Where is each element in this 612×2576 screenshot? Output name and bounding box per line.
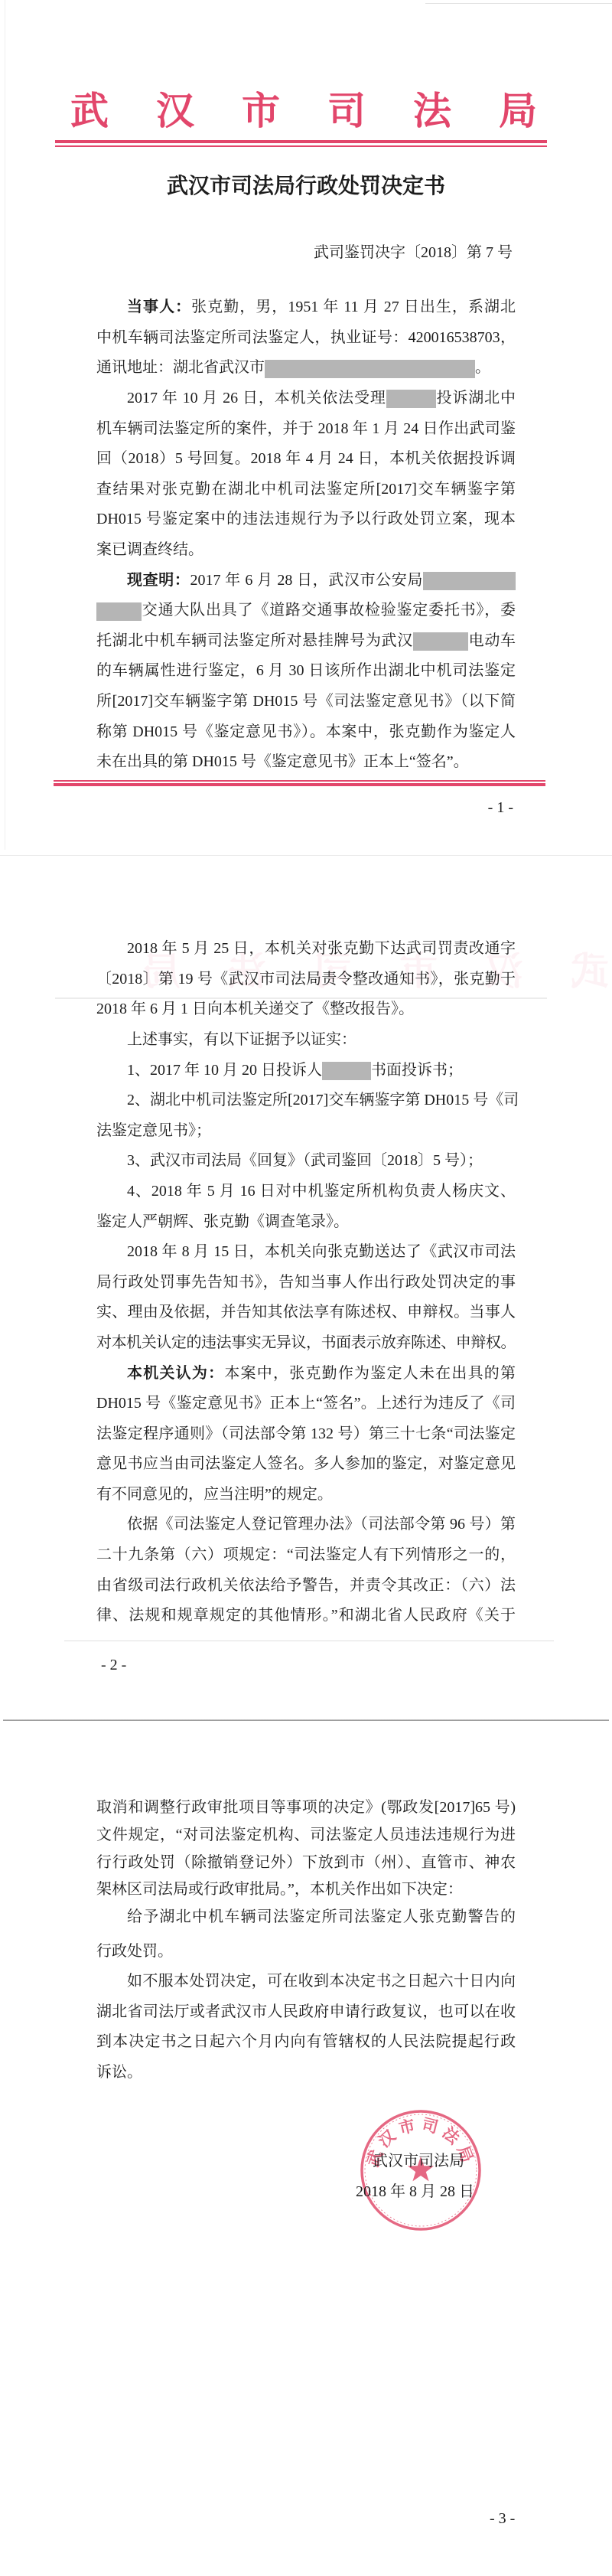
line-text: 行政处罚。 bbox=[96, 1943, 173, 1960]
line-text: 通讯地址：湖北省武汉市 bbox=[96, 359, 265, 376]
findings-label: 现查明： bbox=[127, 572, 190, 589]
line-text: 对本机关认定的违法事实无异议，书面表示放弃陈述、申辩权。 bbox=[96, 1334, 516, 1351]
line-text: 2、湖北中机司法鉴定所[2017]交车辆鉴字第 DH015 号《司 bbox=[127, 1092, 519, 1108]
text-line: 本机关认为：本案中，张克勤作为鉴定人未在出具的第 bbox=[96, 1359, 516, 1389]
text-line: 架林区司法局或行政审批局。”，本机关作出如下决定： bbox=[96, 1876, 516, 1904]
text-line: 局行政处罚事先告知书》，告知当事人作出行政处罚决定的事 bbox=[96, 1268, 516, 1298]
text-line: 〔2018〕第 19 号《武汉市司法局责令整改通知书》，张克勤于 bbox=[96, 965, 516, 995]
text-line: 取消和调整行政审批项目等事项的决定》(鄂政发[2017]65 号) bbox=[96, 1794, 516, 1822]
footer-rule-thick bbox=[54, 783, 545, 786]
line-text: 鉴定人严朝辉、张克勤《调查笔录》。 bbox=[96, 1213, 349, 1230]
scan-edge-top bbox=[425, 3, 612, 4]
text-line: 托湖北中机车辆司法鉴定所对悬挂牌号为武汉电动车 bbox=[96, 626, 516, 657]
document-number: 武司鉴罚决字〔2018〕第 7 号 bbox=[314, 243, 513, 262]
line-text: 的车辆属性进行鉴定，6 月 30 日该所作出湖北中机司法鉴定 bbox=[96, 662, 516, 679]
evidence-item: 3、武汉市司法局《回复》（武司鉴回〔2018〕5 号）； bbox=[96, 1146, 516, 1177]
line-text: 诉讼。 bbox=[96, 2064, 142, 2081]
page-number: - 3 - bbox=[490, 2509, 515, 2528]
line-text: 湖北省司法厅或者武汉市人民政府申请行政复议，也可以在收 bbox=[96, 2003, 516, 2020]
line-text: 2017 年 6 月 28 日，武汉市公安局 bbox=[190, 572, 423, 589]
line-text: 2017 年 10 月 26 日，本机关依法受理 bbox=[127, 390, 386, 406]
line-text: 所[2017]交车辆鉴字第 DH015 号《司法鉴定意见书》（以下简 bbox=[96, 693, 516, 710]
text-line: 的车辆属性进行鉴定，6 月 30 日该所作出湖北中机司法鉴定 bbox=[96, 656, 516, 687]
evidence-item: 4、2018 年 5 月 16 日对中机鉴定所机构负责人杨庆文、 bbox=[96, 1177, 516, 1207]
text-line: 2018 年 8 月 15 日，本机关向张克勤送达了《武汉市司法 bbox=[96, 1237, 516, 1268]
line-text: 书面投诉书； bbox=[371, 1062, 463, 1079]
line-text: 称第 DH015 号《鉴定意见书》）。本案中，张克勤作为鉴定人 bbox=[96, 723, 516, 740]
text-line: 意见书应当由司法鉴定人签名。多人参加的鉴定，对鉴定意见 bbox=[96, 1449, 516, 1480]
line-text: 由省级司法行政机关依法给予警告，并责令其改正：（六）法 bbox=[96, 1577, 516, 1594]
line-text: 托湖北中机车辆司法鉴定所对悬挂牌号为武汉 bbox=[96, 632, 413, 649]
text-line: 查结果对张克勤在湖北中机司法鉴定所[2017]交车辆鉴字第 bbox=[96, 475, 516, 505]
text-line: 当事人：张克勤，男，1951 年 11 月 27 日出生，系湖北 bbox=[96, 292, 516, 323]
text-line: DH015 号鉴定案中的违法违规行为予以行政处罚立案，现本 bbox=[96, 504, 516, 535]
line-text: 机车辆司法鉴定所的案件，并于 2018 年 1 月 24 日作出武司鉴 bbox=[96, 420, 516, 437]
line-text: 1、2017 年 10 月 20 日投诉人 bbox=[127, 1062, 322, 1079]
letterhead-agency-name: 武汉市司法局 bbox=[70, 89, 584, 133]
line-text: 2018 年 5 月 25 日，本机关对张克勤下达武司罚责改通字 bbox=[127, 940, 516, 957]
text-line: 现查明：2017 年 6 月 28 日，武汉市公安局 bbox=[96, 566, 516, 596]
signature-date: 2018 年 8 月 28 日 bbox=[356, 2183, 474, 2201]
line-text: 投诉湖北中 bbox=[436, 390, 516, 406]
letterhead-rule-thin bbox=[55, 145, 547, 147]
text-line: 交通大队出具了《道路交通事故检验鉴定委托书》，委 bbox=[96, 596, 516, 626]
text-line: 2017 年 10 月 26 日，本机关依法受理投诉湖北中 bbox=[96, 384, 516, 414]
text-line: 二十九条第（六）项规定：“司法鉴定人有下列情形之一的， bbox=[96, 1540, 516, 1571]
document-title: 武汉市司法局行政处罚决定书 bbox=[0, 175, 612, 199]
line-text: 律、法规和规章规定的其他情形。”和湖北省人民政府《关于 bbox=[96, 1607, 516, 1624]
page-number: - 1 - bbox=[488, 798, 513, 817]
line-text: DH015 号《鉴定意见书》正本上“签名”。上述行为违反了《司 bbox=[96, 1395, 516, 1412]
text-line: 中机车辆司法鉴定所司法鉴定人，执业证号：420016538703， bbox=[96, 323, 516, 354]
party-label: 当事人： bbox=[127, 299, 191, 315]
line-text: 有不同意见的，应当注明”的规定。 bbox=[96, 1486, 333, 1503]
line-text: 2018 年 6 月 1 日向本机关递交了《整改报告》。 bbox=[96, 1001, 414, 1017]
official-seal-icon: 武汉市司法局 bbox=[358, 2107, 483, 2233]
text-line: 通讯地址：湖北省武汉市。 bbox=[96, 353, 516, 384]
page-number: - 2 - bbox=[101, 1656, 126, 1674]
text-line: 回（2018）5 号回复。2018 年 4 月 24 日，本机关依据投诉调 bbox=[96, 444, 516, 475]
line-text: 中机车辆司法鉴定所司法鉴定人，执业证号：420016538703， bbox=[96, 329, 516, 346]
line-text: DH015 号鉴定案中的违法违规行为予以行政处罚立案，现本 bbox=[96, 511, 516, 527]
page-3-body: 取消和调整行政审批项目等事项的决定》(鄂政发[2017]65 号) 文件规定，“… bbox=[96, 1794, 516, 2088]
line-text: 二十九条第（六）项规定：“司法鉴定人有下列情形之一的， bbox=[96, 1546, 516, 1563]
text-line: 文件规定，“对司法鉴定机构、司法鉴定人员违法违规行为进 bbox=[96, 1822, 516, 1850]
line-text: 到本决定书之日起六个月内向有管辖权的人民法院提起行政 bbox=[96, 2033, 516, 2050]
page-2-body: 2018 年 5 月 25 日，本机关对张克勤下达武司罚责改通字 〔2018〕第… bbox=[96, 934, 516, 1631]
text-line: 法鉴定意见书》； bbox=[96, 1116, 516, 1147]
line-text: 法鉴定程序通则》（司法部令第 132 号）第三十七条“司法鉴定 bbox=[96, 1425, 516, 1442]
redaction-box bbox=[423, 572, 516, 590]
text-line: 如不服本处罚决定，可在收到本决定书之日起六十日内向 bbox=[96, 1967, 516, 1997]
text-line: 2018 年 6 月 1 日向本机关递交了《整改报告》。 bbox=[96, 994, 516, 1025]
text-line: DH015 号《鉴定意见书》正本上“签名”。上述行为违反了《司 bbox=[96, 1389, 516, 1419]
decision-line: 行政处罚。 bbox=[96, 1937, 516, 1967]
line-text: 2018 年 8 月 15 日，本机关向张克勤送达了《武汉市司法 bbox=[127, 1243, 516, 1260]
line-text: 电动车 bbox=[468, 632, 516, 649]
evidence-item: 2、湖北中机司法鉴定所[2017]交车辆鉴字第 DH015 号《司 bbox=[96, 1086, 516, 1116]
text-line: 依据《司法鉴定人登记管理办法》（司法部令第 96 号）第 bbox=[96, 1510, 516, 1540]
text-line: 律、法规和规章规定的其他情形。”和湖北省人民政府《关于 bbox=[96, 1601, 516, 1631]
text-line: 称第 DH015 号《鉴定意见书》）。本案中，张克勤作为鉴定人 bbox=[96, 717, 516, 748]
line-text: 行行政处罚（除撤销登记外）下放到市（州）、直管市、神农 bbox=[96, 1854, 516, 1871]
text-line: 鉴定人严朝辉、张克勤《调查笔录》。 bbox=[96, 1207, 516, 1238]
text-line: 有不同意见的，应当注明”的规定。 bbox=[96, 1480, 516, 1510]
footer-line bbox=[64, 1641, 554, 1641]
line-text: 意见书应当由司法鉴定人签名。多人参加的鉴定，对鉴定意见 bbox=[96, 1455, 516, 1472]
line-text: 局行政处罚事先告知书》，告知当事人作出行政处罚决定的事 bbox=[96, 1274, 516, 1291]
redaction-box bbox=[413, 632, 468, 651]
line-text: 如不服本处罚决定，可在收到本决定书之日起六十日内向 bbox=[127, 1973, 516, 1990]
scan-edge-left bbox=[5, 0, 5, 850]
text-line: 法鉴定程序通则》（司法部令第 132 号）第三十七条“司法鉴定 bbox=[96, 1419, 516, 1450]
text-line: 实、理由及依据，并告知其依法享有陈述权、申辩权。当事人 bbox=[96, 1298, 516, 1328]
line-text: 。 bbox=[475, 359, 490, 376]
line-text: 实、理由及依据，并告知其依法享有陈述权、申辩权。当事人 bbox=[96, 1304, 516, 1321]
page-break bbox=[0, 855, 612, 856]
text-line: 到本决定书之日起六个月内向有管辖权的人民法院提起行政 bbox=[96, 2027, 516, 2058]
text-line: 对本机关认定的违法事实无异议，书面表示放弃陈述、申辩权。 bbox=[96, 1328, 516, 1359]
line-text: 张克勤，男，1951 年 11 月 27 日出生，系湖北 bbox=[191, 299, 516, 315]
text-line: 案已调查终结。 bbox=[96, 535, 516, 566]
line-text: 未在出具的第 DH015 号《鉴定意见书》正本上“签名”。 bbox=[96, 753, 469, 770]
text-line: 上述事实，有以下证据予以证实： bbox=[96, 1025, 516, 1056]
line-text: 回（2018）5 号回复。2018 年 4 月 24 日，本机关依据投诉调 bbox=[96, 450, 516, 467]
text-line: 由省级司法行政机关依法给予警告，并责令其改正：（六）法 bbox=[96, 1571, 516, 1601]
evidence-item: 1、2017 年 10 月 20 日投诉人书面投诉书； bbox=[96, 1056, 516, 1086]
line-text: 取消和调整行政审批项目等事项的决定》(鄂政发[2017]65 号) bbox=[96, 1799, 516, 1816]
text-line: 2018 年 5 月 25 日，本机关对张克勤下达武司罚责改通字 bbox=[96, 934, 516, 965]
text-line: 未在出具的第 DH015 号《鉴定意见书》正本上“签名”。 bbox=[96, 747, 516, 778]
line-text: 架林区司法局或行政审批局。”，本机关作出如下决定： bbox=[96, 1881, 463, 1898]
opinion-label: 本机关认为： bbox=[127, 1365, 224, 1382]
text-line: 行行政处罚（除撤销登记外）下放到市（州）、直管市、神农 bbox=[96, 1850, 516, 1877]
line-text: 案已调查终结。 bbox=[96, 541, 203, 558]
text-line: 湖北省司法厅或者武汉市人民政府申请行政复议，也可以在收 bbox=[96, 1997, 516, 2028]
signature-agency: 武汉市司法局 bbox=[373, 2152, 464, 2170]
text-line: 机车辆司法鉴定所的案件，并于 2018 年 1 月 24 日作出武司鉴 bbox=[96, 414, 516, 445]
page-1-body: 当事人：张克勤，男，1951 年 11 月 27 日出生，系湖北 中机车辆司法鉴… bbox=[96, 292, 516, 778]
line-text: 4、2018 年 5 月 16 日对中机鉴定所机构负责人杨庆文、 bbox=[127, 1183, 516, 1200]
text-line: 诉讼。 bbox=[96, 2058, 516, 2088]
redaction-box bbox=[96, 602, 142, 621]
line-text: 查结果对张克勤在湖北中机司法鉴定所[2017]交车辆鉴字第 bbox=[96, 481, 516, 498]
line-text: 文件规定，“对司法鉴定机构、司法鉴定人员违法违规行为进 bbox=[96, 1827, 516, 1843]
line-text: 〔2018〕第 19 号《武汉市司法局责令整改通知书》，张克勤于 bbox=[96, 971, 516, 988]
line-text: 上述事实，有以下证据予以证实： bbox=[127, 1031, 356, 1048]
page-break bbox=[3, 1719, 609, 1721]
redaction-box bbox=[322, 1062, 371, 1080]
redaction-box bbox=[386, 390, 436, 408]
footer-rule-thin bbox=[54, 780, 545, 782]
line-text: 法鉴定意见书》； bbox=[96, 1122, 211, 1139]
line-text: 3、武汉市司法局《回复》（武司鉴回〔2018〕5 号）； bbox=[127, 1152, 483, 1169]
line-text: 交通大队出具了《道路交通事故检验鉴定委托书》，委 bbox=[142, 602, 516, 619]
line-text: 本案中，张克勤作为鉴定人未在出具的第 bbox=[224, 1365, 516, 1382]
line-text: 依据《司法鉴定人登记管理办法》（司法部令第 96 号）第 bbox=[127, 1516, 516, 1533]
decision-line: 给予湖北中机车辆司法鉴定所司法鉴定人张克勤警告的 bbox=[96, 1904, 516, 1931]
redaction-box bbox=[265, 360, 475, 378]
letterhead-rule-thick bbox=[55, 140, 547, 143]
line-text: 给予湖北中机车辆司法鉴定所司法鉴定人张克勤警告的 bbox=[127, 1908, 516, 1925]
text-line: 所[2017]交车辆鉴字第 DH015 号《司法鉴定意见书》（以下简 bbox=[96, 687, 516, 717]
